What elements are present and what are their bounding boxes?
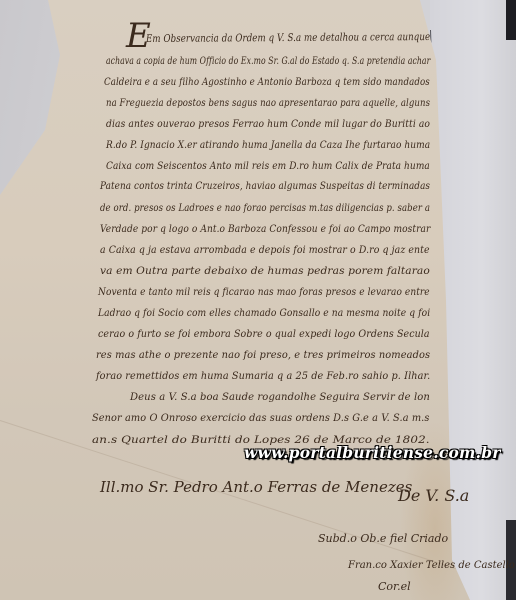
manuscript-line: Caldeira e a seu filho Agostinho e Anton… xyxy=(104,76,430,88)
manuscript-line: a Caixa q ja estava arrombada e depois f… xyxy=(100,244,430,256)
signature-line: Subd.o Ob.e fiel Criado xyxy=(318,532,448,545)
manuscript-line: Caixa com Seiscentos Anto mil reis em D.… xyxy=(106,160,430,172)
manuscript-line: achava a copia de hum Officio do Ex.mo S… xyxy=(106,55,430,67)
signature-line: Cor.el xyxy=(378,580,411,593)
manuscript-line: forao remettidos em huma Sumaria q a 25 … xyxy=(96,370,430,382)
addressee: Ill.mo Sr. Pedro Ant.o Ferras de Menezes xyxy=(100,478,412,496)
manuscript-line: Senor amo O Onroso exercicio das suas or… xyxy=(92,412,430,424)
manuscript-line: dias antes ouverao presos Ferrao hum Con… xyxy=(106,118,430,130)
manuscript-line: Patena contos trinta Cruzeiros, haviao a… xyxy=(100,180,430,192)
closing-salutation: De V. S.a xyxy=(398,486,469,505)
manuscript-line: R.do P. Ignacio X.er atirando huma Janel… xyxy=(106,139,430,151)
manuscript-line: Em Observancia da Ordem q V. S.a me deta… xyxy=(146,31,430,45)
manuscript-line: cerao o furto se foi embora Sobre o qual… xyxy=(98,328,430,340)
manuscript-line: Deus a V. S.a boa Saude rogandolhe Segui… xyxy=(130,391,430,403)
signature-line: Fran.co Xaxier Telles de Castello xyxy=(348,560,515,571)
manuscript-line: na Freguezia depostos bens sagus nao apr… xyxy=(106,97,430,109)
manuscript-line: res mas athe o prezente nao foi preso, e… xyxy=(96,349,430,361)
manuscript-line: va em Outra parte debaixo de humas pedra… xyxy=(100,265,430,277)
manuscript-line: Noventa e tanto mil reis q ficarao nas m… xyxy=(98,286,430,298)
manuscript-line: Verdade por q logo o Ant.o Barboza Confe… xyxy=(100,223,430,235)
manuscript-line: Ladrao q foi Socio com elles chamado Gon… xyxy=(98,307,430,319)
dark-corner-top xyxy=(506,0,516,40)
website-watermark: www.portalburitiense.com.br xyxy=(244,443,501,462)
manuscript-line: de ord. presos os Ladroes e nao forao pe… xyxy=(100,202,430,214)
